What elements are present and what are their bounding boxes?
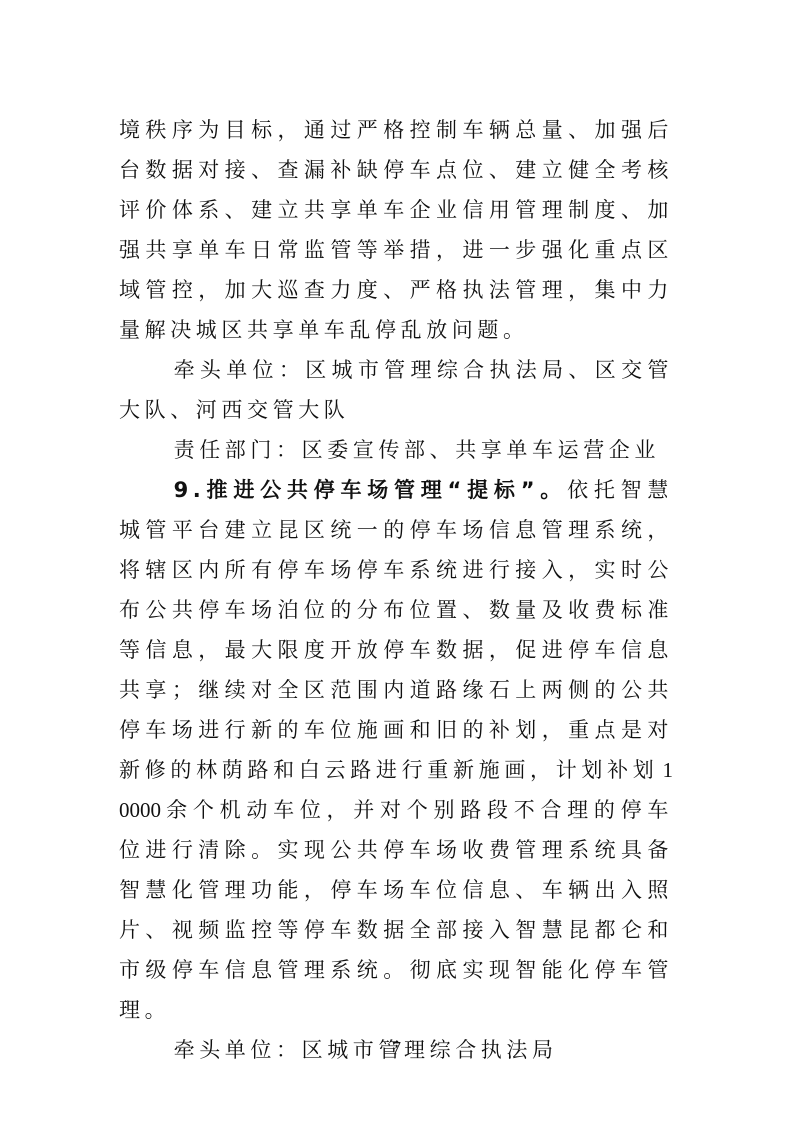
responsible-departments-shared-bike: 责任部门：区委宣传部、共享单车运营企业 [119,430,673,470]
item-9-text-part1: 依托智慧城管平台建立昆区统一的停车场信息管理系统，将辖区内所有停车场停车系统进行… [119,478,673,782]
paragraph-item-9-parking: 9.推进公共停车场管理“提标”。依托智慧城管平台建立昆区统一的停车场信息管理系统… [119,470,673,1030]
item-9-heading: 9.推进公共停车场管理“提标”。 [174,478,567,502]
document-body: 境秩序为目标，通过严格控制车辆总量、加强后台数据对接、查漏补缺停车点位、建立健全… [119,110,673,1070]
item-9-text-part2: 余个机动车位，并对个别路段不合理的停车位进行清除。实现公共停车场收费管理系统具备… [119,798,673,1022]
paragraph-continued-shared-bike: 境秩序为目标，通过严格控制车辆总量、加强后台数据对接、查漏补缺停车点位、建立健全… [119,110,673,350]
page-number: 7 [0,1038,793,1059]
lead-unit-shared-bike: 牵头单位：区城市管理综合执法局、区交管大队、河西交管大队 [119,350,673,430]
